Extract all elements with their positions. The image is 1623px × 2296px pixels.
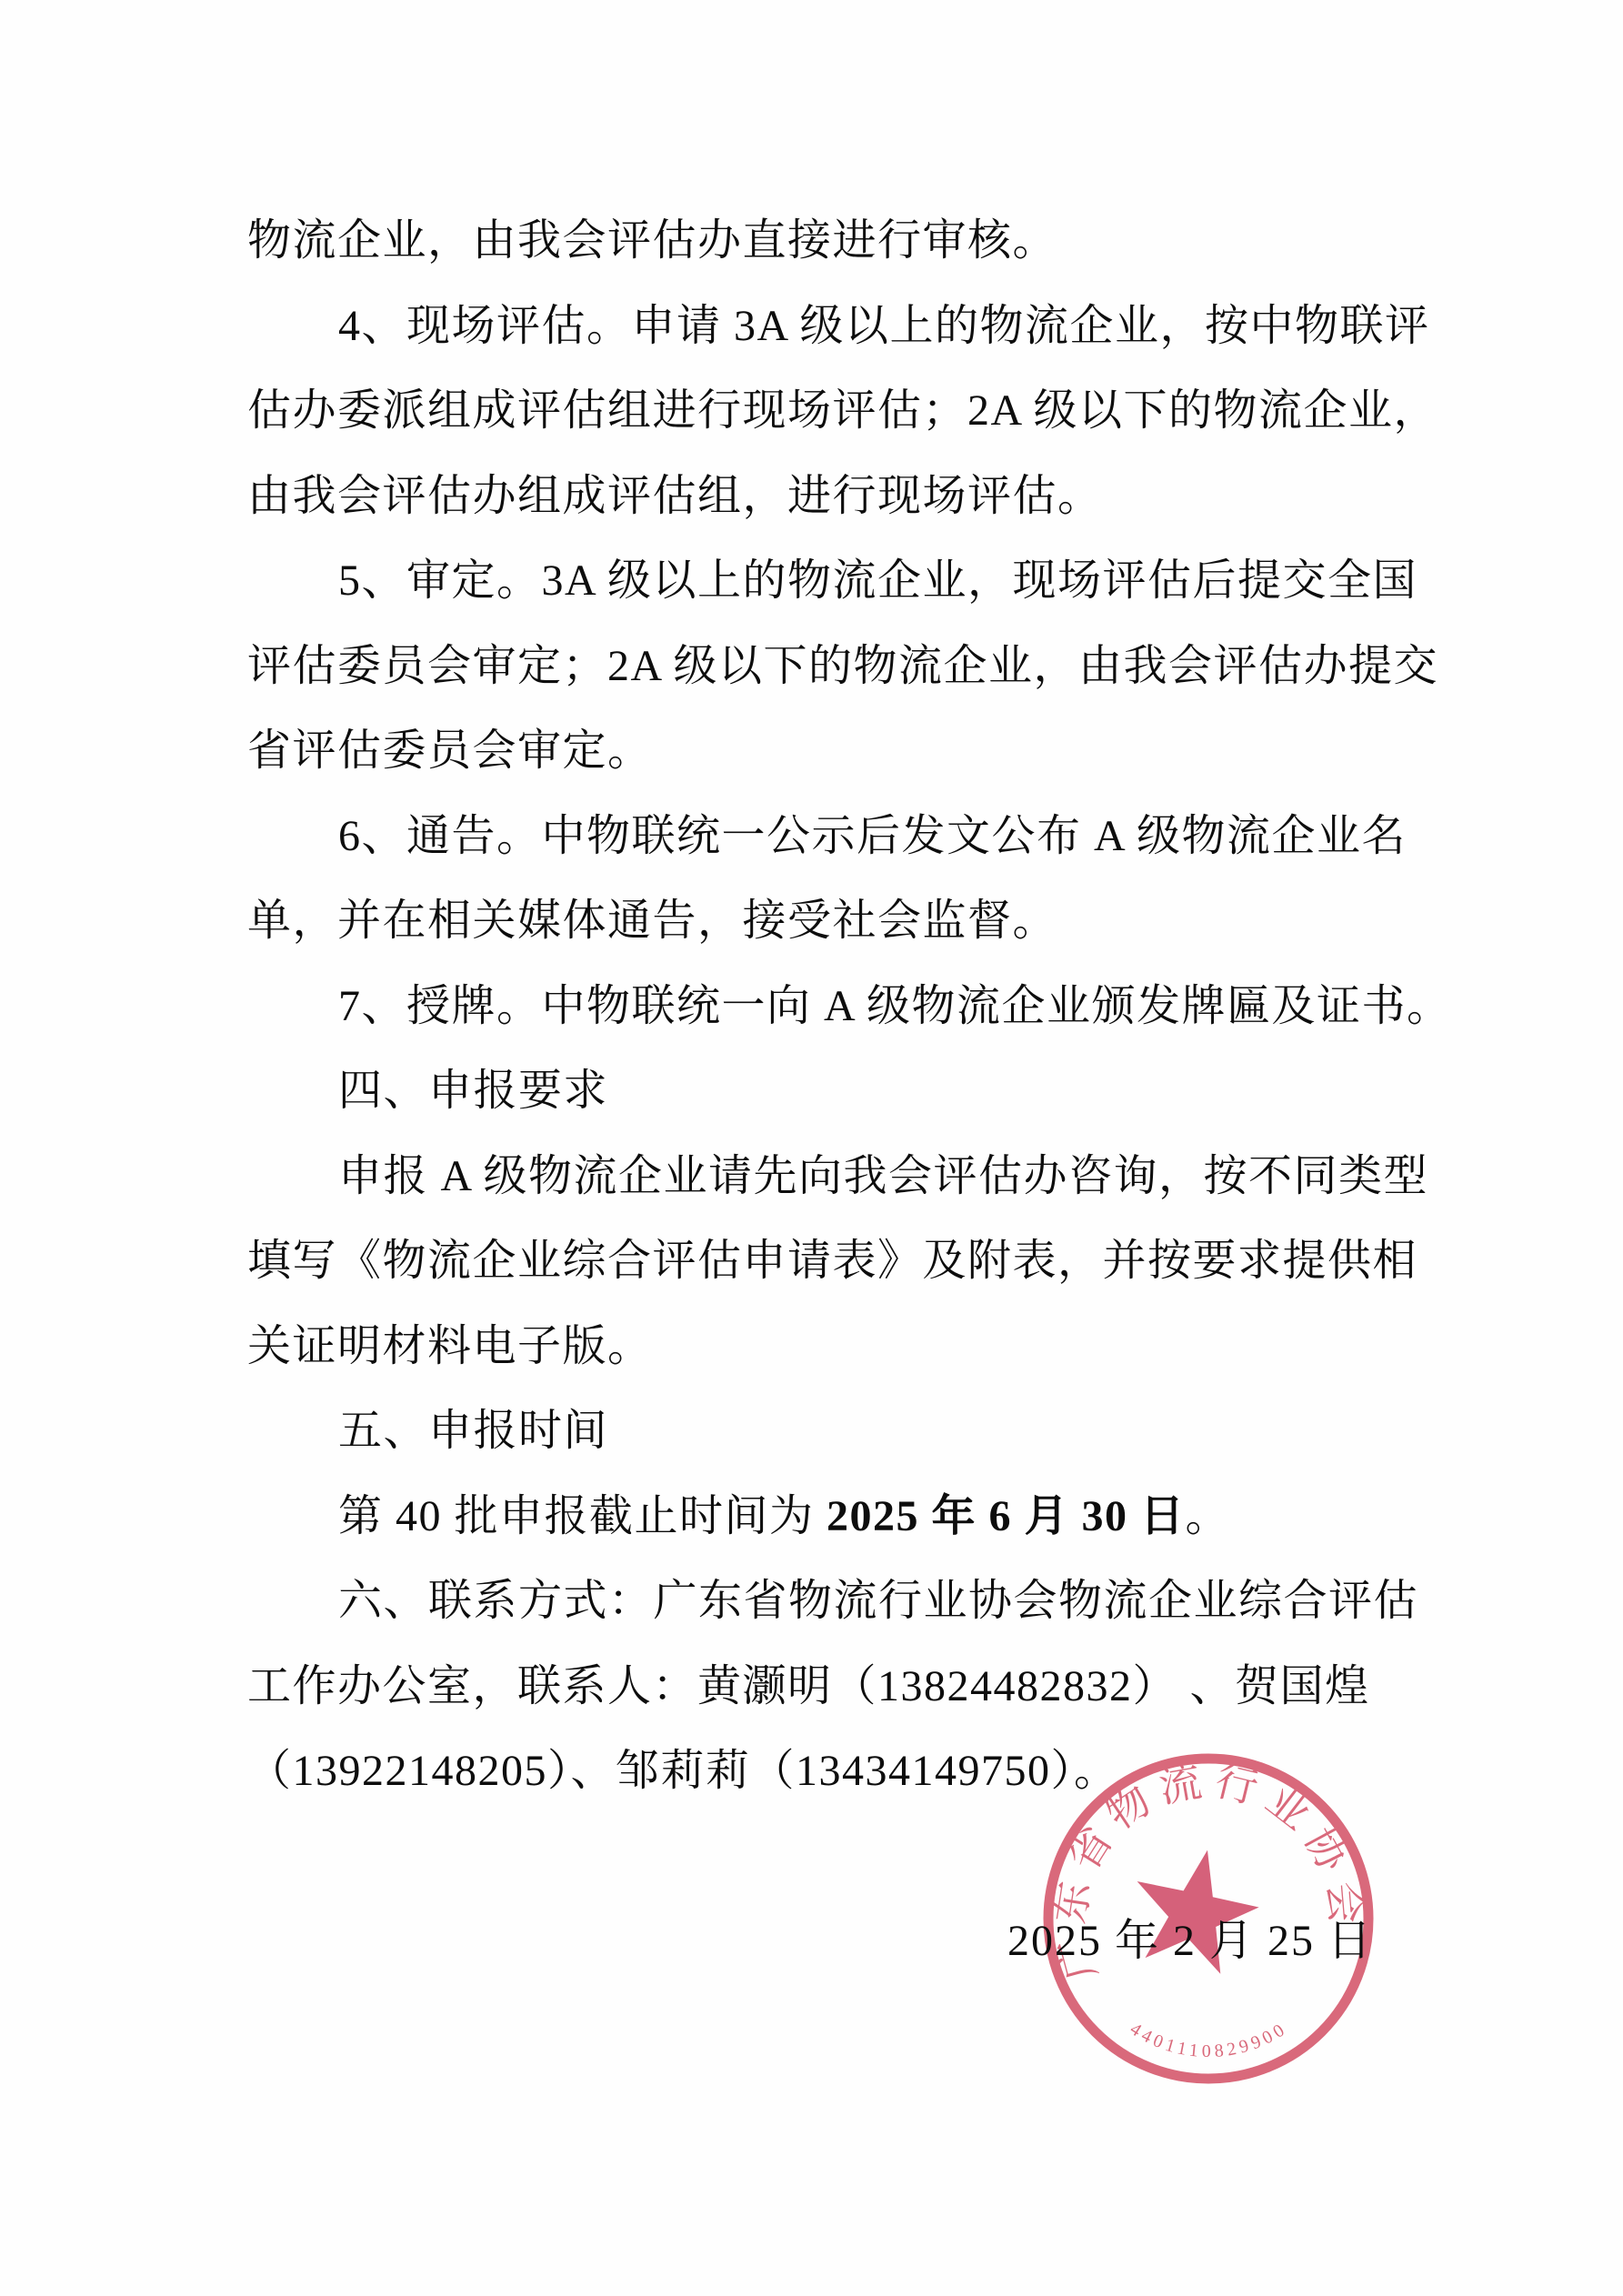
text-segment: 单，并在相关媒体通告，接受社会监督。 — [247, 897, 1057, 945]
document-page: 物流企业，由我会评估办直接进行审核。4、现场评估。申请 3A 级以上的物流企业，… — [0, 0, 1623, 2296]
document-line: 4、现场评估。申请 3A 级以上的物流企业，按中物联评 — [247, 284, 1377, 369]
document-line: 单，并在相关媒体通告，接受社会监督。 — [247, 878, 1377, 964]
text-segment: 省评估委员会审定。 — [247, 727, 653, 775]
document-line: 工作办公室，联系人：黄灏明（13824482832） 、贺国煌 — [247, 1644, 1377, 1730]
text-segment: 六、联系方式：广东省物流行业协会物流企业综合评估 — [338, 1577, 1418, 1625]
document-line: 由我会评估办组成评估组，进行现场评估。 — [247, 454, 1377, 539]
text-segment: 6、通告。中物联统一公示后发文公布 A 级物流企业名 — [338, 812, 1407, 860]
text-segment: 工作办公室，联系人：黄灏明（13824482832） 、贺国煌 — [247, 1662, 1370, 1710]
document-line: 估办委派组成评估组进行现场评估；2A 级以下的物流企业， — [247, 368, 1377, 454]
text-segment: 2025 年 6 月 30 日 — [827, 1492, 1186, 1540]
document-line: 关证明材料电子版。 — [247, 1304, 1377, 1389]
document-line: 6、通告。中物联统一公示后发文公布 A 级物流企业名 — [247, 794, 1377, 879]
document-lines: 物流企业，由我会评估办直接进行审核。4、现场评估。申请 3A 级以上的物流企业，… — [247, 198, 1377, 1814]
text-segment: 5、审定。3A 级以上的物流企业，现场评估后提交全国 — [338, 556, 1418, 605]
document-line: 省评估委员会审定。 — [247, 708, 1377, 794]
document-line: 四、申报要求 — [247, 1048, 1377, 1134]
document-line: 物流企业，由我会评估办直接进行审核。 — [247, 198, 1377, 284]
document-line: 五、申报时间 — [247, 1389, 1377, 1474]
document-line: 5、审定。3A 级以上的物流企业，现场评估后提交全国 — [247, 538, 1377, 624]
seal-code: 4401110829900 — [1127, 2018, 1291, 2061]
seal-code-wrap: 4401110829900 — [1127, 2018, 1291, 2061]
document-line: 7、授牌。中物联统一向 A 级物流企业颁发牌匾及证书。 — [247, 964, 1377, 1049]
document-line: 申报 A 级物流企业请先向我会评估办咨询，按不同类型 — [247, 1134, 1377, 1219]
text-segment: 物流企业，由我会评估办直接进行审核。 — [247, 216, 1057, 265]
document-line: 六、联系方式：广东省物流行业协会物流企业综合评估 — [247, 1559, 1377, 1644]
text-segment: 五、申报时间 — [338, 1407, 608, 1455]
text-segment: 。 — [1186, 1492, 1231, 1540]
text-segment: 估办委派组成评估组进行现场评估；2A 级以下的物流企业， — [247, 386, 1438, 435]
text-segment: （13922148205）、邹莉莉（13434149750）。 — [247, 1747, 1119, 1795]
text-segment: 7、授牌。中物联统一向 A 级物流企业颁发牌匾及证书。 — [338, 982, 1452, 1030]
text-segment: 4、现场评估。申请 3A 级以上的物流企业，按中物联评 — [338, 302, 1430, 350]
document-line: 填写《物流企业综合评估申请表》及附表，并按要求提供相 — [247, 1218, 1377, 1304]
text-segment: 申报 A 级物流企业请先向我会评估办咨询，按不同类型 — [338, 1152, 1428, 1200]
document-date: 2025 年 2 月 25 日 — [247, 1899, 1373, 1984]
text-segment: 关证明材料电子版。 — [247, 1322, 653, 1370]
text-segment: 由我会评估办组成评估组，进行现场评估。 — [247, 472, 1103, 520]
document-line: 第 40 批申报截止时间为 2025 年 6 月 30 日。 — [247, 1474, 1377, 1559]
text-segment: 评估委员会审定；2A 级以下的物流企业，由我会评估办提交 — [247, 642, 1438, 690]
text-segment: 填写《物流企业综合评估申请表》及附表，并按要求提供相 — [247, 1237, 1418, 1285]
document-line: 评估委员会审定；2A 级以下的物流企业，由我会评估办提交 — [247, 624, 1377, 709]
text-segment: 四、申报要求 — [338, 1067, 608, 1115]
text-segment: 第 40 批申报截止时间为 — [338, 1492, 827, 1540]
